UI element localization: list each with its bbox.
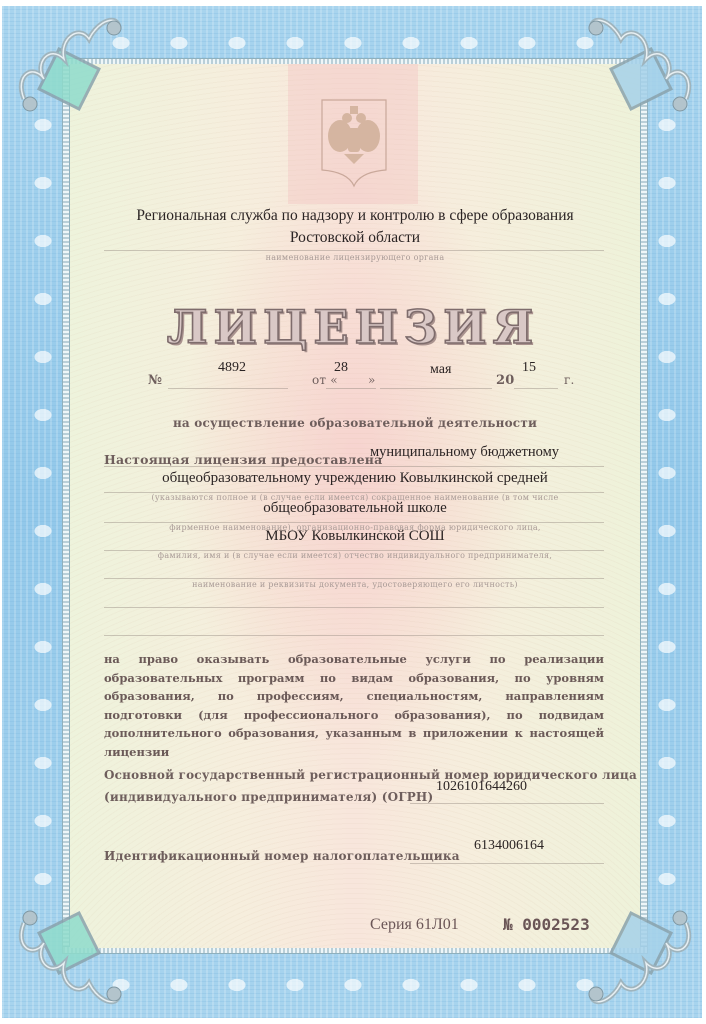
document-title: ЛИЦЕНЗИЯ (0, 300, 706, 354)
number-label: № (148, 373, 162, 388)
license-number: 4892 (218, 360, 246, 376)
border-pattern-top (92, 32, 612, 54)
underline (410, 863, 604, 864)
underline (514, 388, 558, 389)
year-unit: г. (564, 373, 575, 387)
year-prefix: 20 (496, 373, 515, 388)
license-year: 15 (522, 360, 536, 376)
blank-series: Серия 61Л01 (370, 916, 459, 934)
licensing-authority-line1: Региональная служба по надзору и контрол… (70, 207, 640, 225)
border-pattern-left (32, 96, 54, 926)
ornamental-corner-icon (4, 4, 124, 124)
underline (326, 388, 376, 389)
underline (104, 250, 604, 251)
granted-label: Настоящая лицензия предоставлена (104, 452, 382, 467)
licensee-short-name: МБОУ Ковылкинской СОШ (70, 528, 640, 545)
underline (410, 803, 604, 804)
bead-frame-right (640, 60, 648, 952)
ogrn-label-line1: Основной государственный регистрационный… (104, 768, 637, 782)
underline (168, 388, 288, 389)
ogrn-label-line2: (индивидуального предпринимателя) (ОГРН) (104, 790, 433, 804)
licensee-name-line1: муниципальному бюджетному (370, 444, 559, 461)
authority-caption: наименование лицензирующего органа (70, 253, 640, 262)
underline (104, 635, 604, 636)
license-day: 28 (334, 360, 348, 376)
licensee-name-line3: общеобразовательной школе (70, 500, 640, 517)
license-purpose: на осуществление образовательной деятель… (70, 416, 640, 430)
underline (104, 466, 604, 467)
licensing-authority-line2: Ростовской области (70, 229, 640, 247)
license-rights-text: на право оказывать образовательные услуг… (104, 650, 604, 761)
border-pattern-bottom (92, 974, 612, 996)
date-close-quote: » (368, 373, 376, 387)
blank-number: № 0002523 (503, 915, 590, 934)
bead-frame-left (62, 60, 70, 952)
ornamental-corner-icon (586, 4, 706, 124)
license-month: мая (430, 362, 451, 378)
underline (380, 388, 492, 389)
underline (104, 607, 604, 608)
licensee-caption-4: наименование и реквизиты документа, удос… (70, 580, 640, 589)
licensee-name-line2: общеобразовательному учреждению Ковылкин… (70, 470, 640, 487)
russian-coat-of-arms-icon (320, 98, 388, 188)
inn-label: Идентификационный номер налогоплательщик… (104, 849, 460, 863)
border-pattern-right (656, 96, 678, 926)
ornamental-corner-icon (586, 898, 706, 1018)
inn-value: 6134006164 (474, 838, 544, 854)
underline (104, 578, 604, 579)
ogrn-value: 1026101644260 (436, 779, 527, 795)
ornamental-corner-icon (4, 898, 124, 1018)
licensee-caption-3: фамилия, имя и (в случае если имеется) о… (70, 551, 640, 560)
